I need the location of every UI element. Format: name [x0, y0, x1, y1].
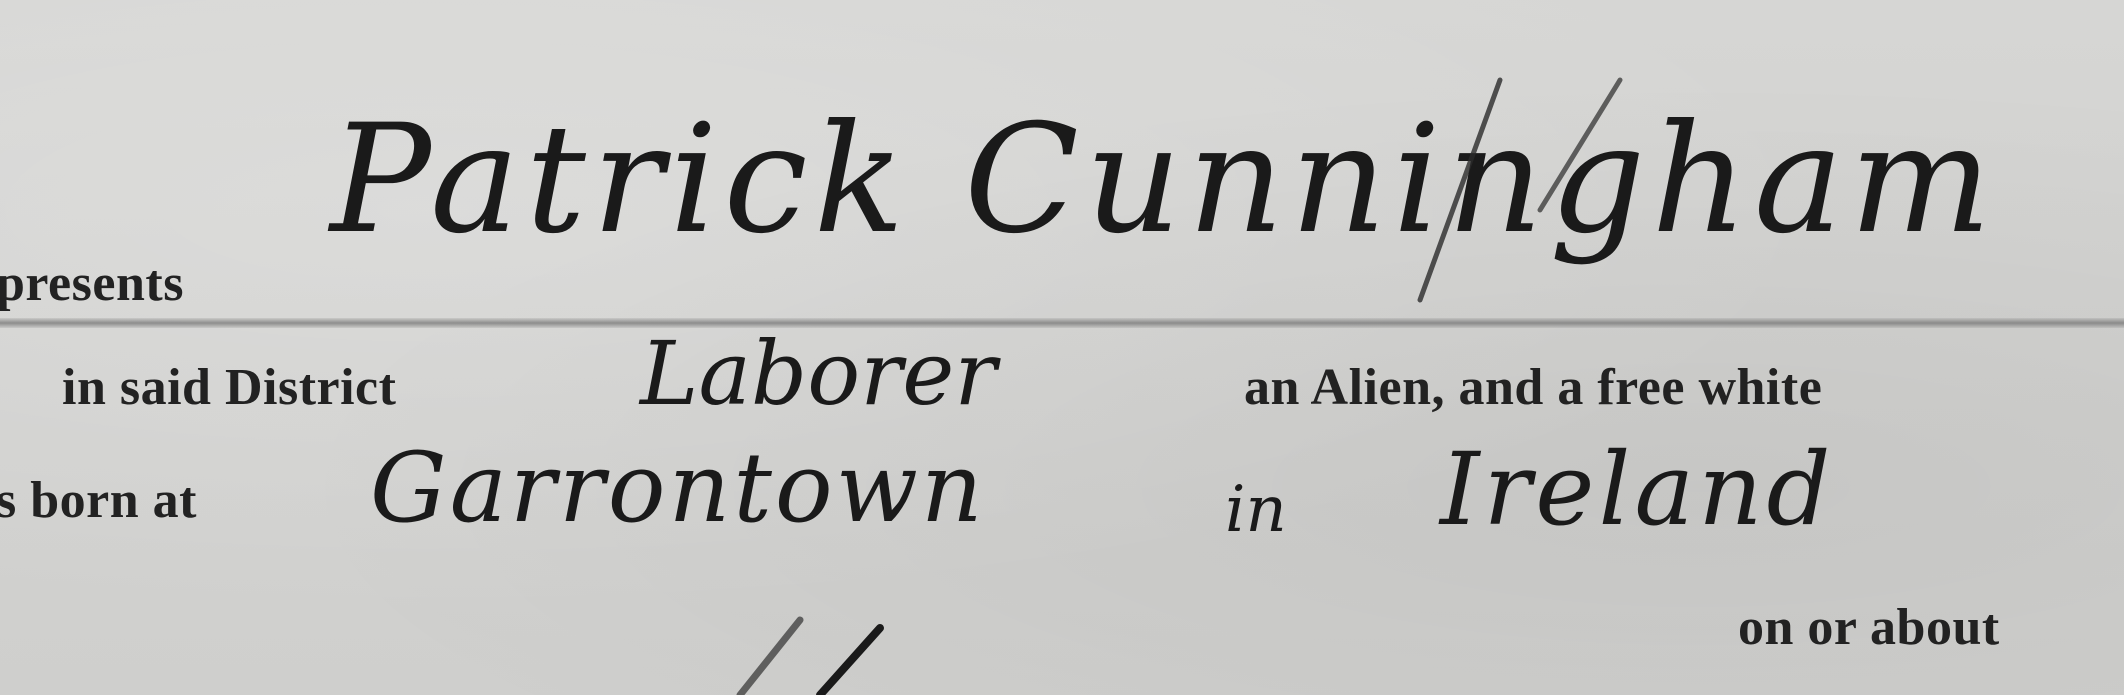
label-in-said-district: in said District	[62, 362, 396, 414]
handwritten-country: Ireland	[1440, 440, 1835, 540]
handwritten-name: Patrick Cunningham	[330, 105, 1998, 255]
handwritten-in: in	[1225, 478, 1287, 542]
ruled-line	[0, 318, 2124, 328]
label-on-or-about: on or about	[1738, 602, 2000, 654]
document-page: presents Patrick Cunningham in said Dist…	[0, 0, 2124, 695]
label-born-at: s born at	[0, 475, 197, 527]
handwritten-occupation: Laborer	[640, 330, 996, 418]
label-alien-free-white: an Alien, and a free white	[1244, 362, 1822, 414]
handwritten-birthplace: Garrontown	[370, 440, 986, 536]
label-presents: presents	[0, 258, 184, 310]
